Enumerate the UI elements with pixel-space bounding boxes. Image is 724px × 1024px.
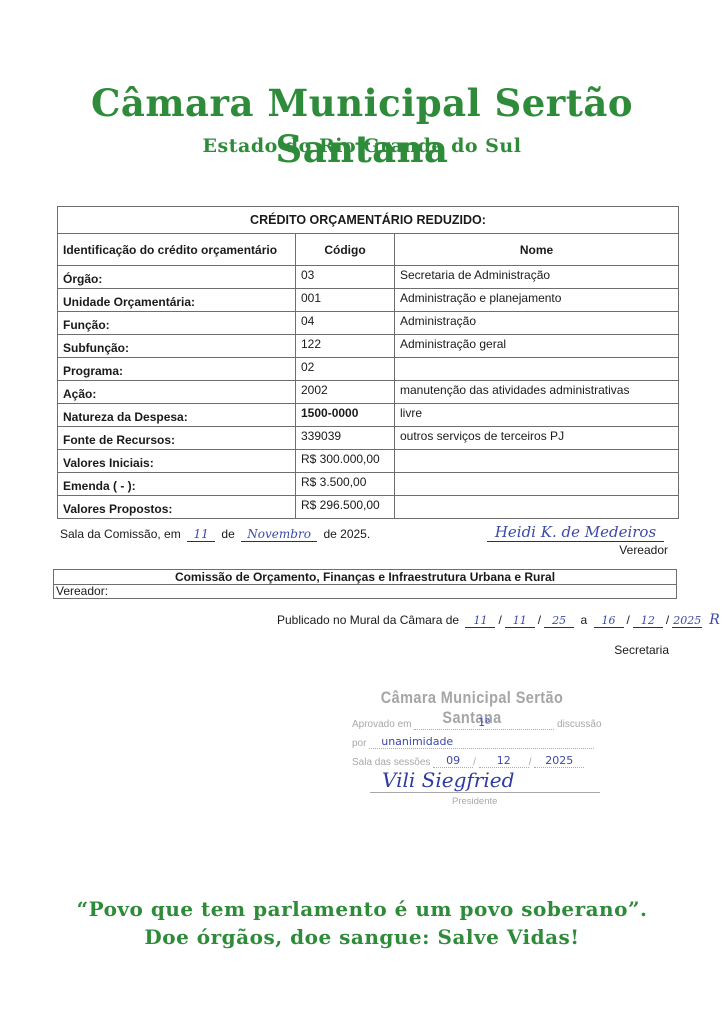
approval-stamp: Câmara Municipal Sertão Santana Aprovado… <box>352 688 607 808</box>
column-header-codigo: Código <box>296 234 395 266</box>
row-label: Órgão: <box>58 266 296 289</box>
publication-connector: a <box>580 613 587 627</box>
row-label: Subfunção: <box>58 335 296 358</box>
table-row: Programa:02 <box>58 358 679 381</box>
row-code: 1500-0000 <box>296 404 395 427</box>
stamp-by-value: unanimidade <box>381 735 453 748</box>
row-name: Secretaria de Administração <box>395 266 679 289</box>
row-label: Emenda ( - ): <box>58 473 296 496</box>
row-code: R$ 296.500,00 <box>296 496 395 519</box>
sala-prefix: Sala da Comissão, em <box>60 527 181 541</box>
commission-title: Comissão de Orçamento, Finanças e Infrae… <box>54 570 676 585</box>
sala-suffix: de 2025. <box>323 527 370 541</box>
stamp-session-month: 12 <box>497 754 511 767</box>
row-name <box>395 496 679 519</box>
row-name <box>395 450 679 473</box>
credit-table: CRÉDITO ORÇAMENTÁRIO REDUZIDO: Identific… <box>57 206 679 519</box>
footer-motto-line1: “Povo que tem parlamento é um povo sober… <box>0 896 724 922</box>
stamp-discussion-label: discussão <box>557 719 601 730</box>
row-code: 122 <box>296 335 395 358</box>
vereador-signature: Heidi K. de Medeiros <box>487 523 664 542</box>
publication-prefix: Publicado no Mural da Câmara de <box>277 613 459 627</box>
row-code: 04 <box>296 312 395 335</box>
table-row: Fonte de Recursos:339039outros serviços … <box>58 427 679 450</box>
row-code: 001 <box>296 289 395 312</box>
letterhead-subtitle: Estado do Rio Grande do Sul <box>0 133 724 159</box>
row-name <box>395 473 679 496</box>
row-label: Programa: <box>58 358 296 381</box>
pub-from-year: 25 <box>544 614 574 628</box>
sala-month: Novembro <box>241 527 317 542</box>
stamp-session-label: Sala das sessões <box>352 757 430 768</box>
row-code: 02 <box>296 358 395 381</box>
secretaria-initial: R <box>709 612 720 628</box>
row-code: 2002 <box>296 381 395 404</box>
stamp-approved-label: Aprovado em <box>352 719 411 730</box>
row-code: R$ 300.000,00 <box>296 450 395 473</box>
secretaria-role-label: Secretaria <box>614 643 669 657</box>
stamp-session-row: Sala das sessões 09/ 12/ 2025 <box>352 754 584 768</box>
president-role-label: Presidente <box>452 796 497 807</box>
table-row: Subfunção:122Administração geral <box>58 335 679 358</box>
stamp-session-day: 09 <box>446 754 460 767</box>
table-row: Órgão:03Secretaria de Administração <box>58 266 679 289</box>
commission-box: Comissão de Orçamento, Finanças e Infrae… <box>53 569 677 599</box>
publication-line: Publicado no Mural da Câmara de 11/11/25… <box>277 612 720 628</box>
pub-to-day: 16 <box>594 614 624 628</box>
row-name: Administração e planejamento <box>395 289 679 312</box>
stamp-by-label: por <box>352 738 366 749</box>
table-row: Valores Iniciais:R$ 300.000,00 <box>58 450 679 473</box>
row-name: outros serviços de terceiros PJ <box>395 427 679 450</box>
table-row: Natureza da Despesa:1500-0000livre <box>58 404 679 427</box>
row-code: 03 <box>296 266 395 289</box>
table-row: Função:04Administração <box>58 312 679 335</box>
table-row: Emenda ( - ):R$ 3.500,00 <box>58 473 679 496</box>
table-row: Unidade Orçamentária:001Administração e … <box>58 289 679 312</box>
pub-to-month: 12 <box>633 614 663 628</box>
credit-table-body: Órgão:03Secretaria de AdministraçãoUnida… <box>58 266 679 519</box>
commission-vereador-label: Vereador: <box>54 585 676 598</box>
stamp-by-row: por unanimidade <box>352 735 594 749</box>
sala-day: 11 <box>187 527 215 542</box>
row-name: livre <box>395 404 679 427</box>
row-name: Administração geral <box>395 335 679 358</box>
row-code: 339039 <box>296 427 395 450</box>
pub-from-day: 11 <box>465 614 495 628</box>
table-row: Ação:2002manutenção das atividades admin… <box>58 381 679 404</box>
sala-de: de <box>221 527 234 541</box>
column-header-nome: Nome <box>395 234 679 266</box>
vereador-role-label: Vereador <box>619 543 668 557</box>
sala-comissao-line: Sala da Comissão, em 11 de Novembro de 2… <box>60 527 370 542</box>
row-name: manutenção das atividades administrativa… <box>395 381 679 404</box>
pub-from-month: 11 <box>505 614 535 628</box>
row-label: Unidade Orçamentária: <box>58 289 296 312</box>
stamp-session-year: 2025 <box>545 754 573 767</box>
footer-motto-line2: Doe órgãos, doe sangue: Salve Vidas! <box>0 924 724 950</box>
row-label: Natureza da Despesa: <box>58 404 296 427</box>
stamp-approved-value: 1ª <box>478 716 490 729</box>
row-label: Fonte de Recursos: <box>58 427 296 450</box>
table-row: Valores Propostos:R$ 296.500,00 <box>58 496 679 519</box>
column-header-identificacao: Identificação do crédito orçamentário <box>58 234 296 266</box>
stamp-approved-row: Aprovado em 1ª discussão <box>352 716 602 730</box>
row-code: R$ 3.500,00 <box>296 473 395 496</box>
row-label: Ação: <box>58 381 296 404</box>
row-name: Administração <box>395 312 679 335</box>
president-signature: Vili Siegfried <box>370 768 600 793</box>
table-title: CRÉDITO ORÇAMENTÁRIO REDUZIDO: <box>58 207 679 234</box>
row-label: Função: <box>58 312 296 335</box>
pub-to-year: 2025 <box>672 614 702 628</box>
row-label: Valores Propostos: <box>58 496 296 519</box>
row-name <box>395 358 679 381</box>
row-label: Valores Iniciais: <box>58 450 296 473</box>
